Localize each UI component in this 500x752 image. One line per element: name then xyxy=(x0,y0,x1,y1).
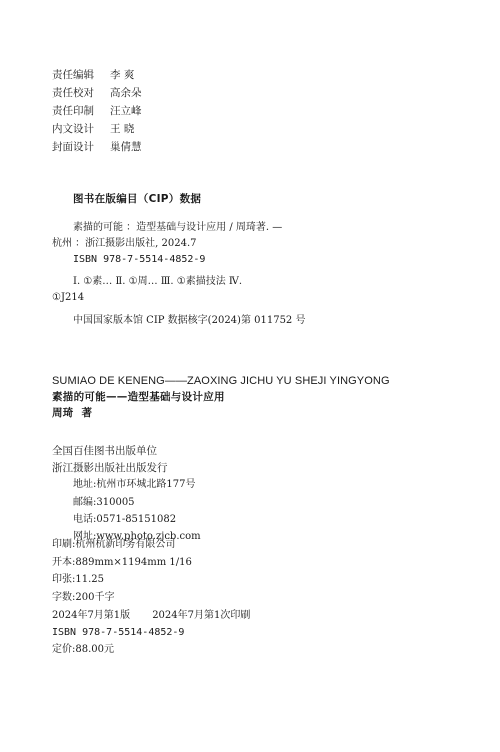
publisher-phone: 电话:0571-85151082 xyxy=(73,515,176,525)
credit-name: 王 晓 xyxy=(110,124,134,135)
printer: 印刷:杭州杭新印务有限公司 xyxy=(52,540,175,550)
credit-name: 巢倩慧 xyxy=(110,142,142,153)
pinyin-title: SUMIAO DE KENENG——ZAOXING JICHU YU SHEJI… xyxy=(52,376,390,387)
credit-role: 责任印制 xyxy=(52,106,110,117)
publisher-award: 全国百佳图书出版单位 xyxy=(52,446,157,457)
credit-role: 封面设计 xyxy=(52,142,110,153)
printing-isbn: ISBN 978-7-5514-4852-9 xyxy=(52,628,184,638)
price: 定价:88.00元 xyxy=(52,645,114,655)
cip-isbn: ISBN 978-7-5514-4852-9 xyxy=(73,255,205,265)
credit-cover-design: 封面设计巢倩慧 xyxy=(52,142,142,153)
publisher-postcode: 邮编:310005 xyxy=(73,498,135,508)
cip-number: 中国国家版本馆 CIP 数据核字(2024)第 011752 号 xyxy=(73,316,305,326)
credit-name: 李 爽 xyxy=(110,70,134,81)
credit-name: 汪立峰 xyxy=(110,106,142,117)
edition-line: 2024年7月第1版2024年7月第1次印刷 xyxy=(52,611,250,621)
credit-role: 责任编辑 xyxy=(52,70,110,81)
cip-heading: 图书在版编目（CIP）数据 xyxy=(73,194,201,205)
print-sheets: 印张:11.25 xyxy=(52,575,104,585)
cip-classification-line-2: ①J214 xyxy=(52,293,84,303)
edition: 2024年7月第1版 xyxy=(52,610,130,621)
book-format: 开本:889mm×1194mm 1/16 xyxy=(52,558,192,568)
credit-print-supervisor: 责任印制汪立峰 xyxy=(52,106,142,117)
credit-name: 高余朵 xyxy=(110,88,142,99)
credit-proofreader: 责任校对高余朵 xyxy=(52,88,142,99)
impression: 2024年7月第1次印刷 xyxy=(152,610,250,621)
chinese-title: 素描的可能——造型基础与设计应用 xyxy=(52,392,225,403)
word-count: 字数:200千字 xyxy=(52,593,114,603)
cip-classification-line-1: Ⅰ. ①素… Ⅱ. ①周… Ⅲ. ①素描技法 Ⅳ. xyxy=(73,277,242,287)
author-line: 周琦 著 xyxy=(52,408,92,419)
cip-title-line-2: 杭州 ：浙江摄影出版社, 2024.7 xyxy=(52,239,197,249)
credit-interior-design: 内文设计王 晓 xyxy=(52,124,134,135)
credit-role: 责任校对 xyxy=(52,88,110,99)
credit-editor: 责任编辑李 爽 xyxy=(52,70,134,81)
cip-title-line-1: 素描的可能 ：造型基础与设计应用 / 周琦著. — xyxy=(73,223,282,233)
credit-role: 内文设计 xyxy=(52,124,110,135)
publisher-address: 地址:杭州市环城北路177号 xyxy=(73,480,195,490)
publisher-name: 浙江摄影出版社出版发行 xyxy=(52,463,168,474)
